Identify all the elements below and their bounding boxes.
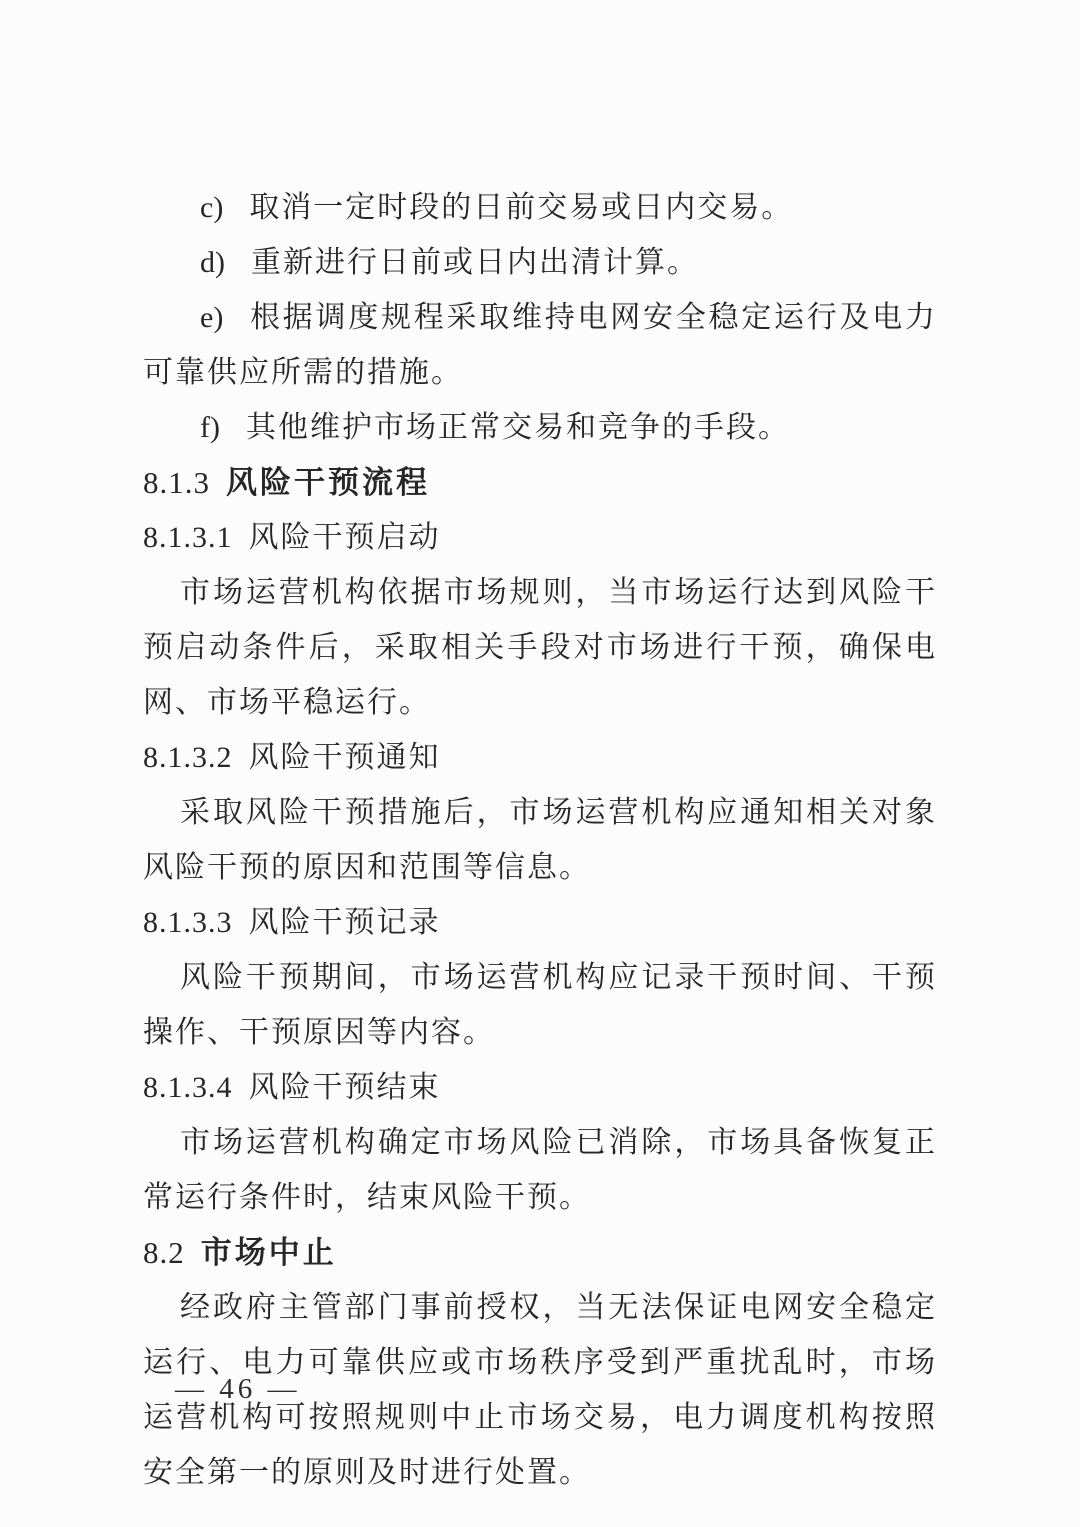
subsection-heading-8-1-3-2: 8.1.3.2风险干预通知 [143,730,937,785]
subsection-number: 8.1.3.2 [143,741,233,774]
section-title: 市场中止 [185,1235,337,1270]
subsection-title: 风险干预记录 [233,906,441,939]
paragraph: 市场运营机构确定市场风险已消除，市场具备恢复正常运行条件时，结束风险干预。 [143,1115,937,1225]
list-item-label: d) [200,246,225,279]
list-item-d: d)重新进行日前或日内出清计算。 [143,235,937,290]
list-item-text: 根据调度规程采取维持电网安全稳定运行及电力可靠供应所需的措施。 [143,301,937,389]
paragraph: 市场运营机构依据市场规则，当市场运行达到风险干预启动条件后，采取相关手段对市场进… [143,565,937,730]
list-item-label: f) [200,411,220,444]
section-title: 风险干预流程 [210,465,430,500]
page-number: — 46 — [175,1362,301,1417]
list-item-label: e) [200,301,223,334]
list-item-text: 重新进行日前或日内出清计算。 [225,246,699,279]
list-item-text: 取消一定时段的日前交易或日内交易。 [223,191,793,224]
list-item-text: 其他维护市场正常交易和竞争的手段。 [220,411,790,444]
paragraph: 风险干预期间，市场运营机构应记录干预时间、干预操作、干预原因等内容。 [143,950,937,1060]
subsection-number: 8.1.3.1 [143,521,233,554]
subsection-number: 8.1.3.3 [143,906,233,939]
document-page: c)取消一定时段的日前交易或日内交易。 d)重新进行日前或日内出清计算。 e)根… [0,0,1080,1527]
section-number: 8.1.3 [143,465,210,500]
section-heading-8-1-3: 8.1.3风险干预流程 [143,455,937,510]
subsection-title: 风险干预通知 [233,741,441,774]
subsection-heading-8-1-3-4: 8.1.3.4风险干预结束 [143,1060,937,1115]
page-content: c)取消一定时段的日前交易或日内交易。 d)重新进行日前或日内出清计算。 e)根… [143,180,937,1500]
paragraph: 采取风险干预措施后，市场运营机构应通知相关对象风险干预的原因和范围等信息。 [143,785,937,895]
list-item-c: c)取消一定时段的日前交易或日内交易。 [143,180,937,235]
subsection-title: 风险干预启动 [233,521,441,554]
subsection-number: 8.1.3.4 [143,1071,233,1104]
list-item-f: f)其他维护市场正常交易和竞争的手段。 [143,400,937,455]
subsection-heading-8-1-3-3: 8.1.3.3风险干预记录 [143,895,937,950]
section-number: 8.2 [143,1235,185,1270]
list-item-label: c) [200,191,223,224]
subsection-heading-8-1-3-1: 8.1.3.1风险干预启动 [143,510,937,565]
subsection-title: 风险干预结束 [233,1071,441,1104]
section-heading-8-2: 8.2市场中止 [143,1225,937,1280]
list-item-e: e)根据调度规程采取维持电网安全稳定运行及电力可靠供应所需的措施。 [143,290,937,400]
